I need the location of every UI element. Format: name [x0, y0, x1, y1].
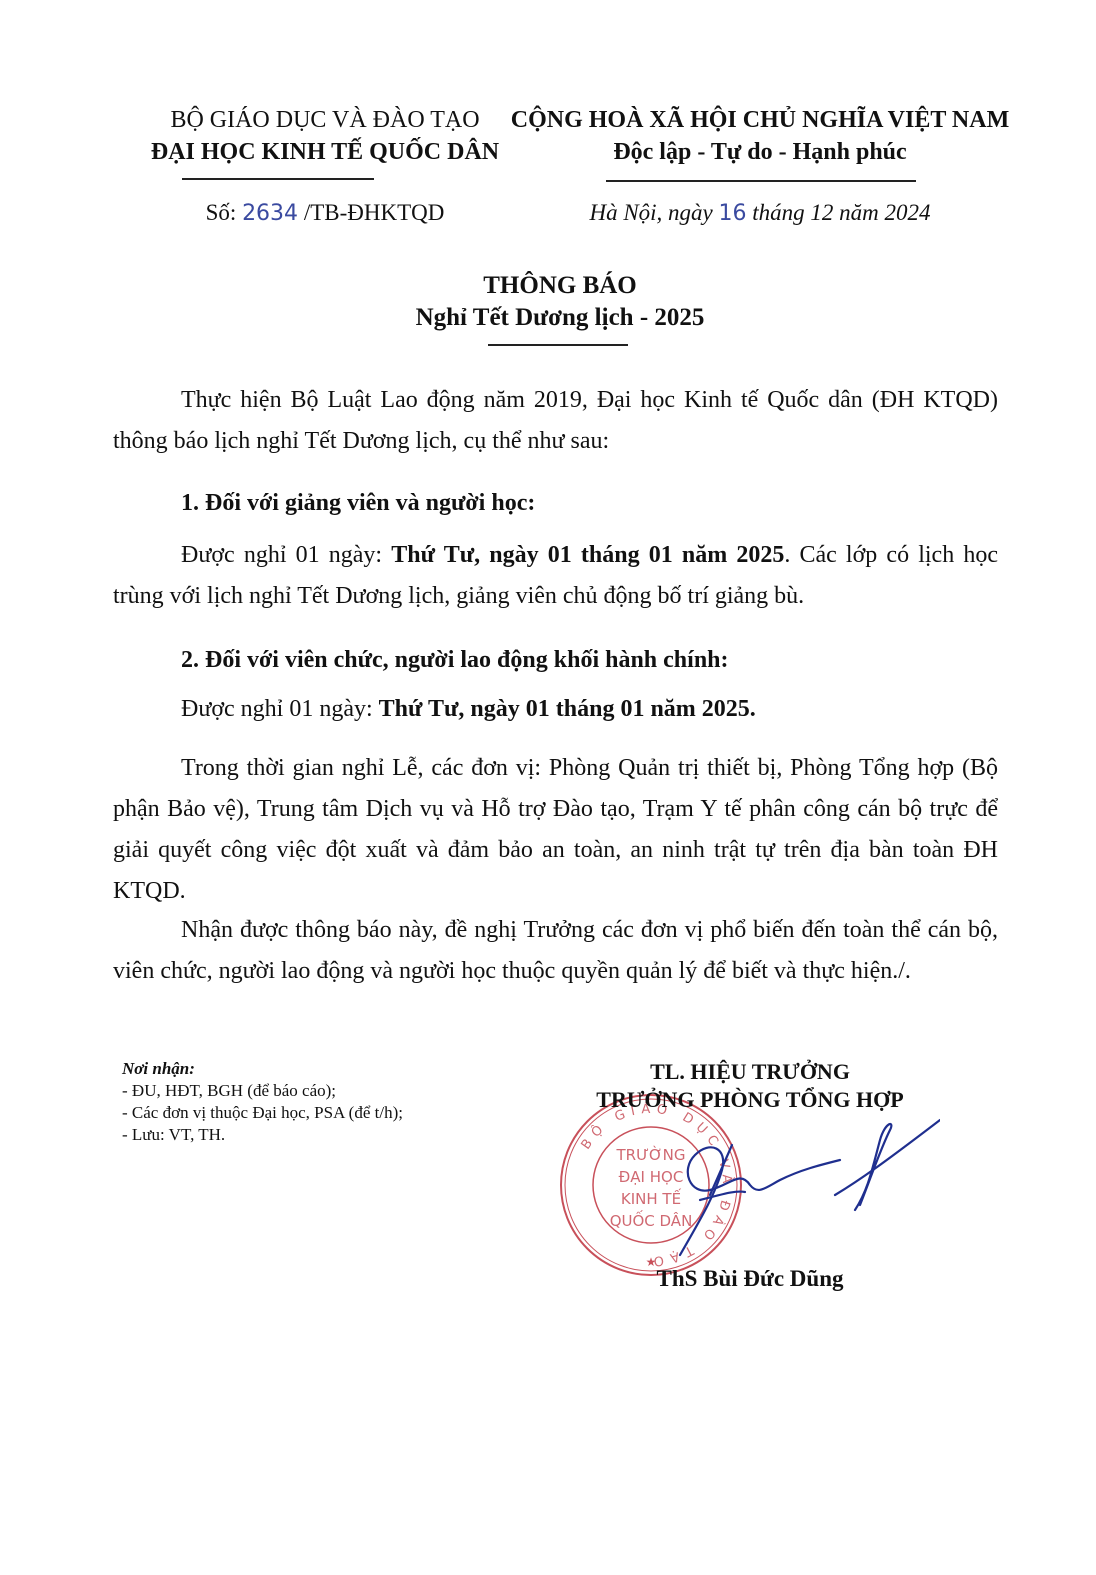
header-right-rule	[606, 180, 916, 182]
section2-heading: 2. Đối với viên chức, người lao động khố…	[181, 640, 729, 681]
recipients-label: Nơi nhận:	[122, 1058, 522, 1080]
recipient-item: - Lưu: VT, TH.	[122, 1124, 522, 1146]
doc-no-handwritten: 2634	[242, 201, 298, 226]
section2-prefix: Được nghỉ 01 ngày:	[181, 696, 379, 722]
signer-name: ThS Bùi Đức Dũng	[540, 1264, 960, 1294]
duty-paragraph: Trong thời gian nghỉ Lễ, các đơn vị: Phò…	[113, 748, 998, 912]
nation-name: CỘNG HOÀ XÃ HỘI CHỦ NGHĨA VIỆT NAM	[480, 104, 1040, 136]
doc-no-prefix: Số:	[206, 200, 242, 225]
section1-heading: 1. Đối với giảng viên và người học:	[181, 483, 535, 524]
doc-no-suffix: /TB-ĐHKTQD	[298, 200, 444, 225]
document-type: THÔNG BÁO	[300, 270, 820, 302]
closing-paragraph: Nhận được thông báo này, đề nghị Trưởng …	[113, 910, 998, 992]
national-motto: Độc lập - Tự do - Hạnh phúc	[480, 136, 1040, 168]
date-suffix: tháng 12 năm 2024	[747, 200, 931, 225]
document-subject: Nghỉ Tết Dương lịch - 2025	[300, 302, 820, 334]
section2-date: Thứ Tư, ngày 01 tháng 01 năm 2025.	[379, 696, 756, 722]
section2-paragraph: Được nghỉ 01 ngày: Thứ Tư, ngày 01 tháng…	[113, 689, 998, 730]
section1-date: Thứ Tư, ngày 01 tháng 01 năm 2025	[391, 542, 784, 568]
document-title: THÔNG BÁO Nghỉ Tết Dương lịch - 2025	[300, 270, 820, 334]
document-number: Số: 2634 /TB-ĐHKTQD	[100, 198, 550, 229]
recipient-item: - Các đơn vị thuộc Đại học, PSA (để t/h)…	[122, 1102, 522, 1124]
section1-prefix: Được nghỉ 01 ngày:	[181, 542, 391, 568]
place-date: Hà Nội, ngày 16 tháng 12 năm 2024	[540, 198, 980, 229]
section1-paragraph: Được nghỉ 01 ngày: Thứ Tư, ngày 01 tháng…	[113, 535, 998, 617]
on-behalf-label: TL. HIỆU TRƯỞNG	[540, 1058, 960, 1086]
recipient-item: - ĐU, HĐT, BGH (để báo cáo);	[122, 1080, 522, 1102]
intro-paragraph: Thực hiện Bộ Luật Lao động năm 2019, Đại…	[113, 380, 998, 462]
recipients-block: Nơi nhận: - ĐU, HĐT, BGH (để báo cáo); -…	[122, 1058, 522, 1146]
date-prefix: Hà Nội, ngày	[589, 200, 718, 225]
title-rule	[488, 344, 628, 346]
national-heading: CỘNG HOÀ XÃ HỘI CHỦ NGHĨA VIỆT NAM Độc l…	[480, 104, 1040, 168]
handwritten-signature	[640, 1100, 940, 1280]
date-day-handwritten: 16	[719, 201, 747, 226]
header-left-rule	[182, 178, 374, 180]
